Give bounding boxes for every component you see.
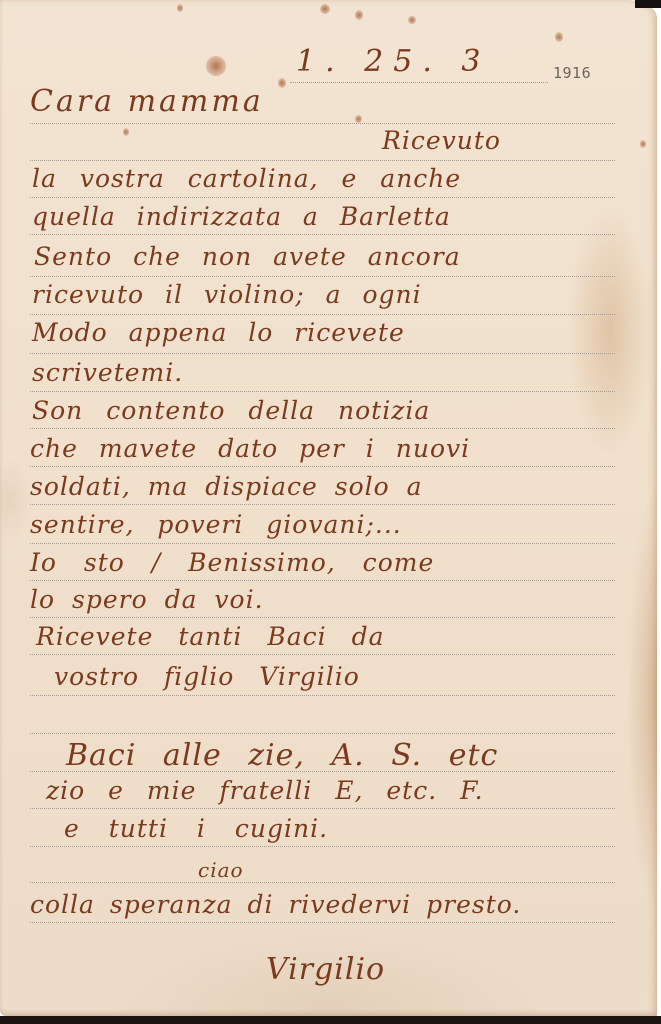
ruled-line [30,428,615,429]
letter-line: scrivetemi. [32,358,183,387]
letter-line: vostro figlio Virgilio [54,662,360,691]
scan-border [0,1016,661,1024]
letter-line: Modo appena lo ricevete [32,318,405,347]
postcard: 1916 1. 25. 3 Cara mamma Ricevuto la vos… [0,0,657,1016]
ruled-line [30,543,615,544]
ruled-line [30,234,615,235]
ruled-line [30,391,615,392]
ruled-line [30,733,615,734]
letter-line: Son contento della notizia [32,396,430,425]
letter-line: Ricevete tanti Baci da [36,622,385,651]
salutation: Cara mamma [30,84,264,119]
ruled-line [30,695,615,696]
ruled-line [30,580,615,581]
stain-spot [408,16,416,24]
letter-line: e tutti i cugini. [64,814,328,843]
ruled-line [290,82,548,83]
letter-line: la vostra cartolina, e anche [32,164,461,193]
letter-line: ricevuto il violino; a ogni [32,280,422,309]
ruled-line [30,353,615,354]
stain-spot [320,4,330,14]
letter-line: soldati, ma dispiace solo a [30,472,423,501]
ruled-line [30,276,615,277]
signature: Virgilio [266,952,385,987]
letter-line: Baci alle zie, A. S. etc [66,738,498,773]
date-line: 1. 25. 3 [296,44,491,79]
ruled-line [30,123,615,124]
letter-line: colla speranza di rivedervi presto. [30,890,521,919]
ruled-line [30,197,615,198]
letter-line: ciao [198,858,244,882]
letter-line: Io sto / Benissimo, come [30,548,434,577]
ruled-line [30,882,615,883]
scan-border [657,0,661,1024]
letter-line: Sento che non avete ancora [34,242,461,271]
ruled-line [30,808,615,809]
letter-line: che mavete dato per i nuovi [30,434,470,463]
ruled-line [30,160,615,161]
letter-line: lo spero da voi. [30,585,264,614]
stain-spot [640,140,646,148]
ruled-line [30,314,615,315]
ruled-line [30,654,615,655]
stain-spot [177,4,183,12]
scan-border [635,0,661,8]
stain-spot [355,10,363,20]
ruled-line [30,617,615,618]
stain-spot [123,128,129,136]
letter-line: sentire, poveri giovani;... [30,510,402,539]
letter-line: zio e mie fratelli E, etc. F. [46,776,484,805]
ruled-line [30,846,615,847]
stain-spot [278,78,286,88]
ruled-line [30,504,615,505]
stain-spot [355,115,362,123]
letter-line: quella indirizzata a Barletta [32,202,451,231]
printed-year: 1916 [553,64,591,82]
ruled-line [30,922,615,923]
ruled-line [30,466,615,467]
letter-line: Ricevuto [382,126,501,155]
stain-spot [555,32,563,42]
stain-spot [206,56,226,76]
